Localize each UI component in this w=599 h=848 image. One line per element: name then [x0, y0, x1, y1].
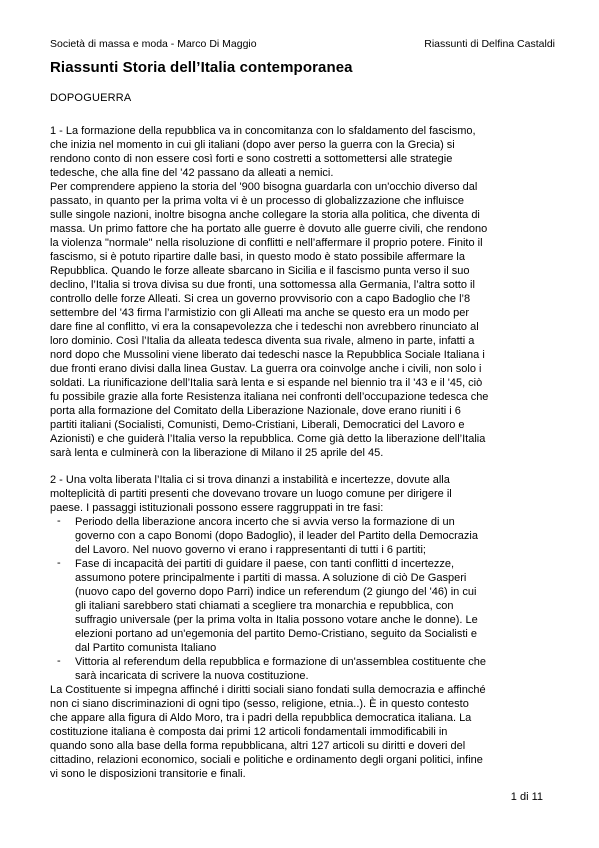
text-line: non ci siano discriminazioni di ogni tip…	[50, 697, 555, 711]
text-line: massa. Un primo fattore che ha portato a…	[50, 222, 555, 236]
bullet-dash-icon: -	[57, 514, 61, 528]
paragraph: 1 - La formazione della repubblica va in…	[50, 124, 555, 460]
text-line: gli italiani sarebbero stati chiamati a …	[75, 599, 555, 613]
section-heading: DOPOGUERRA	[50, 92, 555, 105]
text-line: Vittoria al referendum della repubblica …	[75, 655, 555, 669]
text-line: declino, l’Italia si trova divisa su due…	[50, 278, 555, 292]
text-line: controllo delle forze Alleati. Si crea u…	[50, 292, 555, 306]
text-line: che appare alla figura di Aldo Moro, tra…	[50, 711, 555, 725]
page-title: Riassunti Storia dell’Italia contemporan…	[50, 59, 555, 77]
text-line: 2 - Una volta liberata l’Italia ci si tr…	[50, 473, 555, 487]
text-line: settembre del '43 firma l’armistizio con…	[50, 306, 555, 320]
bullet-item: -Periodo della liberazione ancora incert…	[50, 515, 555, 557]
text-line: Periodo della liberazione ancora incerto…	[75, 515, 555, 529]
text-line: Azionisti) e che guiderà l’Italia verso …	[50, 432, 555, 446]
paragraph: La Costituente si impegna affinché i dir…	[50, 683, 555, 781]
text-line: 1 - La formazione della repubblica va in…	[50, 124, 555, 138]
text-line: costituzione italiana è composta dai pri…	[50, 725, 555, 739]
text-line: sarà incaricata di scrivere la nuova cos…	[75, 669, 555, 683]
text-line: rendono conto di non essere così forti e…	[50, 152, 555, 166]
text-line: governo con a capo Bonomi (dopo Badoglio…	[75, 529, 555, 543]
document-footer: 1 di 11	[50, 790, 555, 804]
text-line: due fronti erano divisi dalla linea Gust…	[50, 362, 555, 376]
text-line: sulle singole nazioni, inoltre bisogna a…	[50, 208, 555, 222]
header-course-text: Società di massa e moda - Marco Di Maggi…	[50, 38, 257, 51]
bullet-item: -Vittoria al referendum della repubblica…	[50, 655, 555, 683]
text-line: passato, in quanto per la prima volta vi…	[50, 194, 555, 208]
header-author-text: Riassunti di Delfina Castaldi	[424, 38, 555, 51]
text-line: assumono potere principalmente i partiti…	[75, 571, 555, 585]
text-line: dare fine al conflitto, vi era la consap…	[50, 320, 555, 334]
text-line: Per comprendere appieno la storia del '9…	[50, 180, 555, 194]
text-line: fu possibile grazie alla forte Resistenz…	[50, 390, 555, 404]
document-page: Società di massa e moda - Marco Di Maggi…	[0, 0, 599, 848]
text-line: soldati. La riunificazione dell’Italia s…	[50, 376, 555, 390]
bullet-dash-icon: -	[57, 556, 61, 570]
bullet-dash-icon: -	[57, 654, 61, 668]
text-line: tedesche, che alla fine del '42 passano …	[50, 166, 555, 180]
text-line: La Costituente si impegna affinché i dir…	[50, 683, 555, 697]
text-line: partiti italiani (Socialisti, Comunisti,…	[50, 418, 555, 432]
text-line: dal Partito comunista Italiano	[75, 641, 555, 655]
text-line: Repubblica. Quando le forze alleate sbar…	[50, 264, 555, 278]
document-header: Società di massa e moda - Marco Di Maggi…	[50, 38, 555, 51]
text-line: loro dominio. Così l’Italia da alleata t…	[50, 334, 555, 348]
text-line: paese. I passaggi istituzionali possono …	[50, 501, 555, 515]
text-line: la violenza "normale" nella risoluzione …	[50, 236, 555, 250]
text-line: cittadino, relazioni economico, sociali …	[50, 753, 555, 767]
text-line: (nuovo capo del governo dopo Parri) indi…	[75, 585, 555, 599]
text-line: nord dopo che Mussolini viene liberato d…	[50, 348, 555, 362]
bullet-item: -Fase di incapacità dei partiti di guida…	[50, 557, 555, 655]
text-line: sarà lenta e culminerà con la liberazion…	[50, 446, 555, 460]
page-number: 1 di 11	[511, 791, 543, 803]
text-line: porta alla formazione del Comitato della…	[50, 404, 555, 418]
paragraph: 2 - Una volta liberata l’Italia ci si tr…	[50, 473, 555, 515]
text-line: che inizia nel momento in cui gli italia…	[50, 138, 555, 152]
text-line: suffragio universale (per la prima volta…	[75, 613, 555, 627]
text-line: vi sono le disposizioni transitorie e fi…	[50, 767, 555, 781]
text-line: del Lavoro. Nel nuovo governo vi erano i…	[75, 543, 555, 557]
text-line: molteplicità di partiti presenti che dov…	[50, 487, 555, 501]
document-body: 1 - La formazione della repubblica va in…	[50, 124, 555, 781]
text-line: fascismo, si è potuto ripartire dalle ba…	[50, 250, 555, 264]
text-line: Fase di incapacità dei partiti di guidar…	[75, 557, 555, 571]
text-line: elezioni portano ad un'egemonia del part…	[75, 627, 555, 641]
text-line: quando sono alla base della forma repubb…	[50, 739, 555, 753]
